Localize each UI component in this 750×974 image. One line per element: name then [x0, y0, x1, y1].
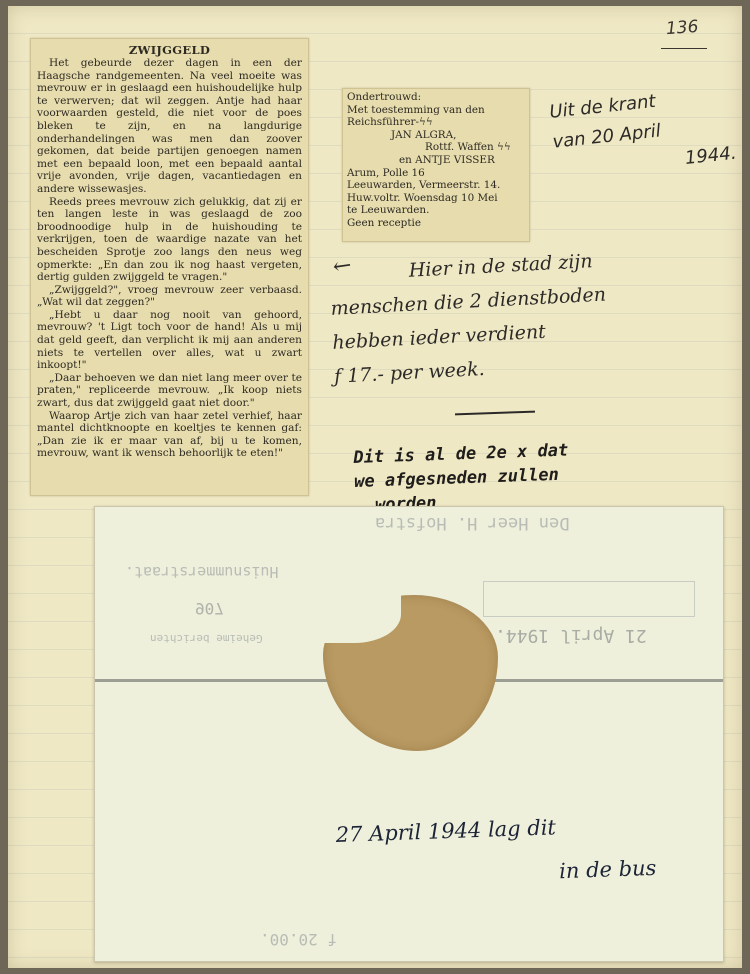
announcement-line: Leeuwarden, Vermeerstr. 14. [347, 179, 525, 192]
bleed-through-text: Huisnummerstraat. [125, 563, 279, 581]
announcement-line: Geen receptie [347, 217, 525, 230]
announcement-line: te Leeuwarden. [347, 204, 525, 217]
handwritten-date-note: 27 April 1944 lag dit in de bus [335, 802, 657, 901]
handwritten-source-note: Uit de krant van 20 April 1944. [548, 79, 738, 187]
newspaper-clipping-zwijggeld: ZWIJGGELD Het gebeurde dezer dagen in ee… [30, 38, 309, 496]
handwritten-city-note: Hier in de stad zijn menschen die 2 dien… [328, 244, 610, 394]
scrapbook-page: 136 ZWIJGGELD Het gebeurde dezer dagen i… [8, 6, 742, 968]
bleed-through-text: f 20.00. [260, 930, 337, 949]
announcement-line: Reichsführer-ϟϟ [347, 116, 525, 129]
clipping-paragraph: Waarop Artje zich van haar zetel verhief… [37, 410, 302, 460]
newspaper-clipping-ondertrouwd: Ondertrouwd: Met toestemming van den Rei… [342, 88, 530, 242]
announcement-line: en ANTJE VISSER [347, 154, 525, 167]
page-number: 136 [665, 17, 699, 39]
bleed-through-text: Geheime berichten [150, 632, 263, 645]
bleed-through-text: 21 April 1944. [495, 625, 647, 646]
clipping-paragraph: „Hebt u daar nog nooit van gehoord, mevr… [37, 309, 302, 372]
announcement-line: Rottf. Waffen ϟϟ [347, 141, 525, 154]
bleed-through-text: 907 [195, 599, 224, 618]
announcement-line: Huw.voltr. Woensdag 10 Mei [347, 192, 525, 205]
page-number-underline [661, 48, 707, 49]
clipping-paragraph: „Daar behoeven we dan niet lang meer ove… [37, 372, 302, 410]
clipping-paragraph: Het gebeurde dezer dagen in een der Haag… [37, 57, 302, 196]
clipping-paragraph: Reeds prees mevrouw zich gelukkig, dat z… [37, 196, 302, 284]
announcement-line: Met toestemming van den [347, 104, 525, 117]
bleed-through-text: Den Heer H. Hofstra [375, 513, 569, 533]
handwritten-divider [455, 411, 535, 416]
clipping-paragraph: „Zwijggeld?", vroeg mevrouw zeer verbaas… [37, 284, 302, 309]
clipping-title: ZWIJGGELD [37, 43, 302, 57]
pasted-envelope: Den Heer H. Hofstra Huisnummerstraat. 90… [94, 506, 724, 962]
bleed-through-stamp-box [483, 581, 695, 617]
announcement-line: Ondertrouwd: [347, 91, 525, 104]
announcement-line: Arum, Polle 16 [347, 167, 525, 180]
announcement-line: JAN ALGRA, [347, 129, 525, 142]
